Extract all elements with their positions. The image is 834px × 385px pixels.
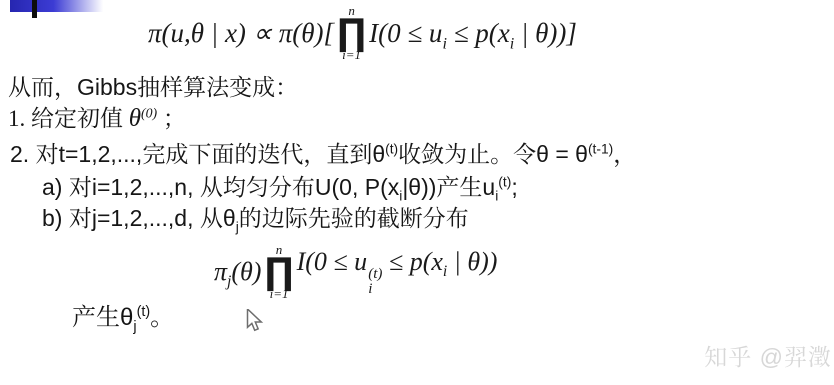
watermark: 知乎 @羿澂: [704, 339, 832, 372]
truncated-prior-formula: πj(θ) n ∏ i=1 I(0 ≤ u(t)i ≤ p(xi | θ)): [214, 234, 497, 310]
generate-line: 产生θj(t)。: [72, 297, 174, 332]
intro-text: 从而，Gibbs抽样算法变成：: [8, 69, 298, 102]
step-1: 1. 给定初值 θ(0) ；: [8, 100, 186, 133]
pi-j-term: πj(θ): [214, 257, 261, 287]
posterior-formula: π(u,θ | x) ∝ π(θ)[ n ∏ i=1 I(0 ≤ ui ≤ p(…: [148, 0, 577, 68]
step-2a: a) 对i=1,2,...,n, 从均匀分布U(0, P(xi|θ))产生ui(…: [42, 169, 518, 202]
formula-lead: π(u,θ | x) ∝ π(θ)[: [148, 18, 334, 49]
step-2b: b) 对j=1,2,...,d, 从θj的边际先验的截断分布: [42, 200, 469, 233]
mouse-cursor-icon: [246, 309, 264, 333]
product-symbol: n ∏ i=1: [337, 4, 366, 62]
slide-accent-bar: [10, 0, 107, 12]
formula-tail: I(0 ≤ ui ≤ p(xi | θ))]: [369, 18, 577, 49]
slide: π(u,θ | x) ∝ π(θ)[ n ∏ i=1 I(0 ≤ ui ≤ p(…: [0, 0, 834, 385]
indicator-term: I(0 ≤ u(t)i ≤ p(xi | θ)): [297, 247, 498, 297]
product-symbol: n ∏ i=1: [264, 243, 293, 301]
step-2: 2. 对t=1,2,...,完成下面的迭代，直到θ(t)收敛为止。令θ = θ(…: [10, 136, 636, 169]
slide-accent-tick: [32, 0, 37, 18]
